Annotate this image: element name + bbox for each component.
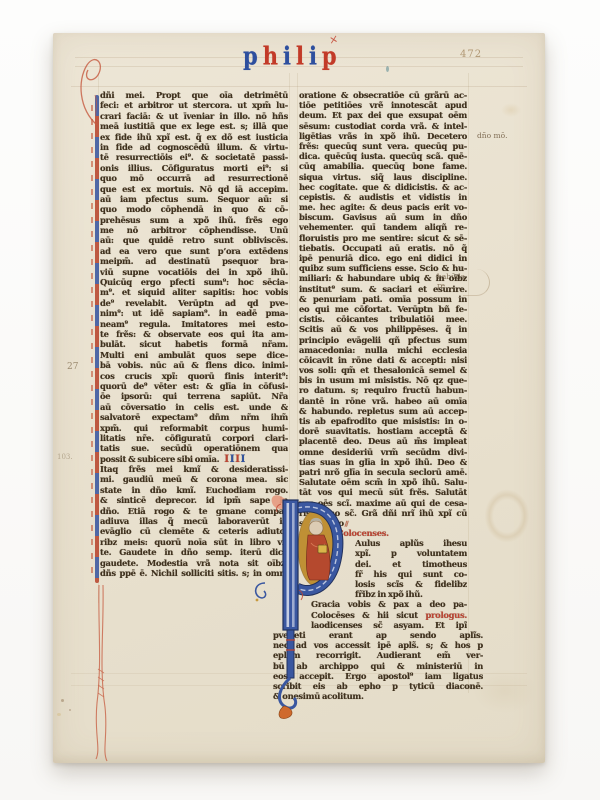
text-line: evāglio cū clemēte & ceteris adiuto- (100, 526, 288, 536)
running-title: philip (243, 41, 342, 71)
rubric-text: prologus. (418, 610, 467, 620)
text-line: & habundo. repletus sum aū accep- (299, 406, 467, 416)
text-line: sēsum: custodiat corda vrã. & intel- (299, 121, 467, 131)
text-line: cūq amabilia. quecūq bone fame. (299, 161, 467, 171)
text-line: te. Gaudete in dño semp. iterū dico (100, 547, 288, 557)
text-line: ro datum. s; requiro fructū habun- (299, 385, 467, 395)
text-line: oratione & obsecratiōe cū grãrū ac- (299, 90, 467, 100)
text-line: nim⁹: ut idē sapiam⁹. in eadē pma- (100, 308, 288, 318)
text-line: quo mō occurrā ad resurrectionē (100, 173, 288, 183)
text-line: que est ex mortuis. Nō qd iā accepim. (100, 184, 288, 194)
text-line: tiebatis. Occupati aū eratis. nō q̃ (299, 243, 467, 253)
text-line: state in dño kmĩ. Euchodiam rogo. (100, 485, 288, 495)
text-line: eo qui me cōfortat. Verūptn bñ fe- (299, 304, 467, 314)
left-text-column: dñi mei. Propt que oīa detrimētūfeci: et… (100, 90, 288, 578)
running-title-letter: l (296, 41, 309, 71)
text-line: me nō arbitror cōphendisse. Unū (100, 225, 288, 235)
text-line: bā vobis. nūc aū & flens dico. inimi- (100, 360, 288, 370)
photo-background: philip × 472 27 103. dño mō. habūda re .… (0, 0, 600, 800)
text-line: Quicūq ergo pfecti sum⁹: hoc sēcia- (100, 277, 288, 287)
text-line: ribz meis: quorū noīa sūt in libro vi- (100, 537, 288, 547)
text-line: possit & subicere sibi omīa.IIII (100, 454, 288, 464)
text-line: dantē in rōne vrã. habeo aū omīa (299, 396, 467, 406)
text-line: placentē deo. Deus aū m̃s impleat (299, 436, 467, 446)
text-line: siqua virtus. siq̃ laus discipline. (299, 172, 467, 182)
text-line: aū iam pfectus sum. Sequor aū: si (100, 194, 288, 204)
margin-penwork-bar (95, 95, 99, 583)
text-line: dorē suavitatis. hostiam acceptā & (299, 426, 467, 436)
text-line: adiuva illas q̃ mecū laboraverūt in (100, 516, 288, 526)
text-line: aū cōversatio in celis est. unde & (100, 402, 288, 412)
text-line: vos soli: qm̃ et thesalonicā semel & (299, 365, 467, 375)
text-line: salvatorē expectam⁹ dñm nr̃m ihm̃ (100, 412, 288, 422)
text-line: aū: que quidē retro sunt obliviscēs. (100, 235, 288, 245)
text-line: institut⁹ sum. & saciari et esurire. (299, 284, 467, 294)
text-line: Scitis aū & vos philippēses. q̃ in (299, 324, 467, 334)
text-line: fr̃ibz in xpõ ihũ. (355, 589, 467, 599)
margin-note-dno: dño mō. (477, 132, 508, 141)
text-line: crari faciā: & ut īveniar in illo. nō hñ… (100, 111, 288, 121)
margin-note-bracket (463, 269, 490, 296)
text-line: dñs ppē ē. Nichil solliciti sitis. s; in… (100, 568, 288, 578)
text-line: quibz sum sufficiens esse. Scio & hu- (299, 263, 467, 273)
text-line: in fide ad cognoscēdū illum. & virtu- (100, 142, 288, 152)
ink-dot (61, 699, 64, 702)
running-title-letter: i (283, 41, 296, 71)
text-line: mi. gaudiū meū & corona mea. sic (100, 474, 288, 484)
text-line: meipm̃. ad destinatū psequor bra- (100, 256, 288, 266)
text-line: litatis nr̃e. cōfiguratū corpori clari- (100, 433, 288, 443)
text-line: de⁹ revelabit. Verūptn ad qd pve- (100, 298, 288, 308)
text-line: dei. et timotheus (355, 559, 467, 569)
text-line: ligētias vrãs in xpõ ihũ. Decetero (299, 131, 467, 141)
text-line: ex fide ihũ xpĩ est. q̃ ex dõ est iustic… (100, 132, 288, 142)
manuscript-leaf: philip × 472 27 103. dño mō. habūda re .… (53, 33, 545, 763)
text-line: xpĩ. p voluntatem (355, 548, 467, 558)
text-line: Salutate oēm scm̃ in xpõ ihũ. Salu- (299, 477, 467, 487)
text-line: feci: et arbitror ut stercora. ut xpm̃ l… (100, 100, 288, 110)
title-flourish-icon: × (329, 31, 339, 47)
folio-number: 472 (460, 49, 482, 60)
text-line: quo modo cōphendā in quo & cō- (100, 204, 288, 214)
text-line: dño. Etiā rogo & te gmane compar (100, 506, 288, 516)
text-line: Itaq frẽs mei kmĩ & desideratissi- (100, 464, 288, 474)
chapter-numeral: IIII (224, 454, 246, 464)
text-line: & penuriam pati. omīa possum in (299, 294, 467, 304)
pencil-folio-note: 103. (57, 453, 73, 462)
running-title-letter: i (309, 41, 322, 71)
text-line: deum. Et pax dei que exsupat oēm (299, 110, 467, 120)
text-line: bulāt. sicut habetis formā nr̃am. (100, 339, 288, 349)
text-line: prehēsus sum a xpõ ihũ. frẽs ego (100, 215, 288, 225)
penwork-bottom-tail-icon (89, 585, 113, 763)
text-line: floruistis pro me sentire: sicut & sē- (299, 233, 467, 243)
quire-mark: 27 (67, 363, 78, 372)
text-line: tē resurrectiōis ei⁹. & societatē passi- (100, 152, 288, 162)
text-line: frẽs: quecūq sunt vera. quecūq pu- (299, 141, 467, 151)
text-line: amacedonia: nulla michi ecclesia (299, 345, 467, 355)
text-line: me. hec agite: & deus pacis erit vo- (299, 202, 467, 212)
text-line: xpm̃. qui reformabit corpus humi- (100, 423, 288, 433)
text-line: cōicavit in rōne dati & accepti: nisi (299, 355, 467, 365)
text-line: principio evāgelii qñ pfectus sum (299, 335, 467, 345)
text-line: cistis. cōicantes tribulatiōi mee. (299, 314, 467, 324)
initial-side-knot-icon (251, 581, 269, 603)
text-line: meā iustitiā que ex lege est. s; illā qu… (100, 121, 288, 131)
text-line: quorū de⁹ vēter est: & glīa in cōfusi- (100, 381, 288, 391)
text-line: tias suas in glīa in xpõ ihũ. Deo & (299, 457, 467, 467)
text-line: Multi eni ambulāt quos sepe dice- (100, 350, 288, 360)
text-line: omne desideriū vrm̃ secūdm divi- (299, 447, 467, 457)
text-line: & sinticē deprecor. id ipm̃ sape in (100, 495, 288, 505)
running-title-letter: p (243, 41, 263, 71)
text-line: patri nrõ glīa in secula seclorū amē. (299, 467, 467, 477)
ink-dot (69, 709, 71, 711)
text-line: vehementer. quī tandem aliqñ re- (299, 222, 467, 232)
text-line: biscum. Gavisus aū sum in dño (299, 212, 467, 222)
text-line: dica. quēcūq iusta. quecūq scã. quē- (299, 151, 467, 161)
text-line: ad ea vero que sunt p’ora extēdens (100, 246, 288, 256)
margin-penwork-hooks (91, 105, 93, 573)
text-line: viū supne vocatiōis dei in xpõ ihũ. (100, 267, 288, 277)
text-line: tatis sue. secūdū operatiōnem qua (100, 443, 288, 453)
text-line: onis illius. Cōfiguratus morti ei⁹: si (100, 163, 288, 173)
ink-stain (501, 103, 521, 117)
text-line: te frẽs: & observate eos qui ita am- (100, 329, 288, 339)
text-line: fr̃ his qui sunt co- (355, 569, 467, 579)
text-line: bis in usum mi misistis. Nō qz que- (299, 375, 467, 385)
ink-stain (481, 485, 533, 547)
text-line: hec cogitate. que & didicistis. & ac- (299, 182, 467, 192)
text-line: ipē penuriā dico. ego eni didici in (299, 253, 467, 263)
text-line: tiōe petitiōes vrẽ innotescāt apud (299, 100, 467, 110)
ink-dot (57, 713, 61, 716)
text-line: neam⁹ regula. Imitatores mei esto- (100, 319, 288, 329)
text-line: m⁹. et siquid aliter sapitis: hoc vobis (100, 287, 288, 297)
text-line: miliari: & habundare ubiq & in oībz (299, 273, 467, 283)
text-line: dñi mei. Propt que oīa detrimētū (100, 90, 288, 100)
historiated-initial-p (271, 488, 345, 713)
text-line: gaudete. Modestia vrã nota sit oībz: (100, 558, 288, 568)
text-line: losis scĩs & fidelibz (355, 579, 467, 589)
text-line: tis ab epafrodito que misistis: in o- (299, 416, 467, 426)
text-line: Aulus aplũs ihesu (355, 538, 467, 548)
text-line: cepistis. & audistis et vidistis in (299, 192, 467, 202)
text-line: ōe ipsorū: qui terrena sapiūt. Nr̃a (100, 391, 288, 401)
text-line: cos crucis xpĩ: quorū finis interit⁹: (100, 371, 288, 381)
running-title-letter: h (263, 41, 283, 71)
